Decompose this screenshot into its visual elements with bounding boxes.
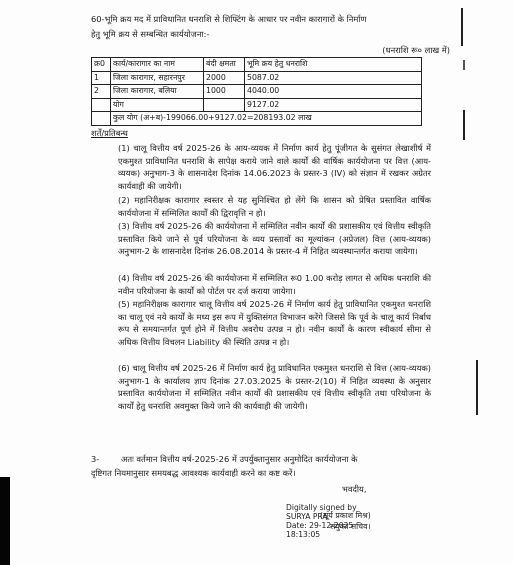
- header-sno: क्र0: [92, 58, 111, 72]
- conditions-heading: शर्तें/प्रतिबन्ध: [91, 128, 128, 139]
- cell-empty: [92, 98, 111, 112]
- scan-shadow-bar: [0, 477, 10, 565]
- cell-name: जिला कारागार, सहारनपुर: [111, 71, 204, 85]
- total-amount: 9127.02: [245, 98, 422, 112]
- table-row: 2 जिला कारागार, बलिया 1000 4040.00: [92, 85, 422, 99]
- digital-signature-block: Digitally signed by SURYA PRA Date: 29-1…: [286, 503, 357, 539]
- unit-note: (धनराशि रू० लाख में): [382, 45, 450, 56]
- table-header-row: क्र0 कार्य/कारागार का नाम बंदी क्षमता भू…: [92, 58, 422, 72]
- cell-capacity: 2000: [204, 71, 245, 85]
- scan-edge-mark: [463, 110, 465, 140]
- closing-number: 3-: [91, 454, 99, 465]
- closing-line-2: दृष्टिगत नियमानुसार समयबद्ध आवश्यक कार्य…: [91, 468, 296, 479]
- condition-3: (3) वित्तीय वर्ष 2025-26 की कार्ययोजना म…: [118, 220, 431, 258]
- header-amount: भूमि क्रय हेतु धनराशि: [245, 58, 422, 72]
- cell-sno: 1: [92, 71, 111, 85]
- closing-line-1: अतः वर्तमान वित्तीय वर्ष-2025-26 में उपर…: [121, 454, 357, 465]
- cell-sno: 2: [92, 85, 111, 99]
- document-page: 60-भूमि क्रय मद में प्राविधानित धनराशि स…: [0, 0, 513, 565]
- header-capacity: बंदी क्षमता: [204, 58, 245, 72]
- condition-5: (5) महानिरीक्षक कारागार चालू वित्तीय वर्…: [118, 298, 431, 348]
- scan-edge-mark: [476, 360, 478, 415]
- table-row: 1 जिला कारागार, सहारनपुर 2000 5087.02: [92, 71, 422, 85]
- cell-empty: [204, 98, 245, 112]
- signatory-designation: संयुक्त सचिव।: [330, 522, 370, 532]
- cell-name: जिला कारागार, बलिया: [111, 85, 204, 99]
- table-grand-total-row: कुल योग (अ+ब)-199066.00+9127.02=208193.0…: [92, 112, 422, 126]
- cell-capacity: 1000: [204, 85, 245, 99]
- cell-amount: 5087.02: [245, 71, 422, 85]
- condition-2: (2) महानिरीक्षक कारागार स्वस्तर से यह सु…: [118, 194, 431, 219]
- scan-edge-mark: [461, 8, 463, 46]
- scan-edge-mark: [463, 60, 465, 70]
- land-purchase-table: क्र0 कार्य/कारागार का नाम बंदी क्षमता भू…: [91, 57, 422, 126]
- salutation: भवदीय,: [342, 484, 366, 495]
- intro-line-1: 60-भूमि क्रय मद में प्राविधानित धनराशि स…: [91, 14, 367, 25]
- signatory-name: (सूर्य प्रकाश मिश्र): [320, 511, 371, 521]
- cell-empty: [92, 112, 111, 126]
- condition-1: (1) चालू वित्तीय वर्ष 2025-26 के आय-व्यय…: [118, 142, 431, 192]
- condition-4: (4) वित्तीय वर्ष 2025-26 की कार्ययोजना म…: [118, 272, 431, 297]
- table-total-row: योग 9127.02: [92, 98, 422, 112]
- condition-6: (6) चालू वित्तीय वर्ष 2025-26 में निर्मा…: [118, 362, 431, 412]
- cell-amount: 4040.00: [245, 85, 422, 99]
- grand-total: कुल योग (अ+ब)-199066.00+9127.02=208193.0…: [111, 112, 422, 126]
- header-name: कार्य/कारागार का नाम: [111, 58, 204, 72]
- total-label: योग: [111, 98, 204, 112]
- intro-line-2: हेतु भूमि क्रय से सम्बन्धित कार्ययोजना:-: [91, 29, 209, 40]
